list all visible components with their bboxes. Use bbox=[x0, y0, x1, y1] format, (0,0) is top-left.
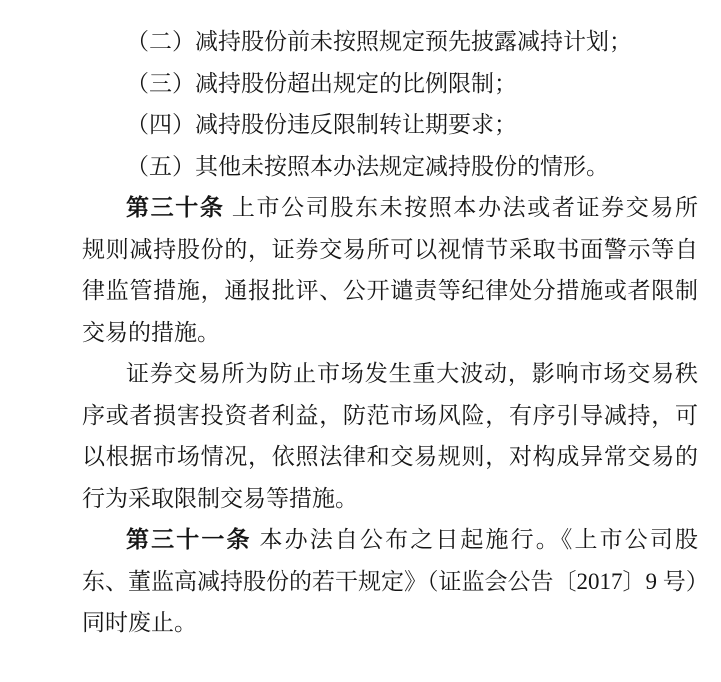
article-number: 第三十条 bbox=[126, 195, 224, 220]
text-line: （五）其他未按照本办法规定减持股份的情形。 bbox=[82, 146, 698, 188]
document-text-block: （二）减持股份前未按照规定预先披露减持计划；（三）减持股份超出规定的比例限制；（… bbox=[82, 21, 698, 644]
text-line: 律监管措施，通报批评、公开谴责等纪律处分措施或者限制 bbox=[82, 270, 698, 312]
article-number: 第三十一条 bbox=[126, 527, 252, 552]
text-line: 第三十条 上市公司股东未按照本办法或者证券交易所 bbox=[82, 187, 698, 229]
line-text: 本办法自公布之日起施行。《上市公司股 bbox=[252, 527, 698, 552]
text-line: 规则减持股份的，证券交易所可以视情节采取书面警示等自 bbox=[82, 229, 698, 271]
text-line: （二）减持股份前未按照规定预先披露减持计划； bbox=[82, 21, 698, 63]
text-line: 行为采取限制交易等措施。 bbox=[82, 478, 698, 520]
text-line: （四）减持股份违反限制转让期要求； bbox=[82, 104, 698, 146]
text-line: 以根据市场情况，依照法律和交易规则，对构成异常交易的 bbox=[82, 436, 698, 478]
list-item-2: （二）减持股份前未按照规定预先披露减持计划； bbox=[82, 21, 698, 63]
line-text: 上市公司股东未按照本办法或者证券交易所 bbox=[224, 195, 698, 220]
text-line: 同时废止。 bbox=[82, 602, 698, 644]
article-30-paragraph-1: 第三十条 上市公司股东未按照本办法或者证券交易所规则减持股份的，证券交易所可以视… bbox=[82, 187, 698, 353]
article-31: 第三十一条 本办法自公布之日起施行。《上市公司股东、董监高减持股份的若干规定》（… bbox=[82, 519, 698, 644]
list-item-3: （三）减持股份超出规定的比例限制； bbox=[82, 63, 698, 105]
article-30-paragraph-2: 证券交易所为防止市场发生重大波动，影响市场交易秩序或者损害投资者利益，防范市场风… bbox=[82, 353, 698, 519]
list-item-5: （五）其他未按照本办法规定减持股份的情形。 bbox=[82, 146, 698, 188]
text-line: 交易的措施。 bbox=[82, 312, 698, 354]
list-item-4: （四）减持股份违反限制转让期要求； bbox=[82, 104, 698, 146]
document-page: （二）减持股份前未按照规定预先披露减持计划；（三）减持股份超出规定的比例限制；（… bbox=[0, 0, 721, 682]
text-line: 证券交易所为防止市场发生重大波动，影响市场交易秩 bbox=[82, 353, 698, 395]
text-line: 东、董监高减持股份的若干规定》（证监会公告〔2017〕9 号） bbox=[82, 561, 698, 603]
text-line: 序或者损害投资者利益，防范市场风险，有序引导减持，可 bbox=[82, 395, 698, 437]
text-line: 第三十一条 本办法自公布之日起施行。《上市公司股 bbox=[82, 519, 698, 561]
text-line: （三）减持股份超出规定的比例限制； bbox=[82, 63, 698, 105]
